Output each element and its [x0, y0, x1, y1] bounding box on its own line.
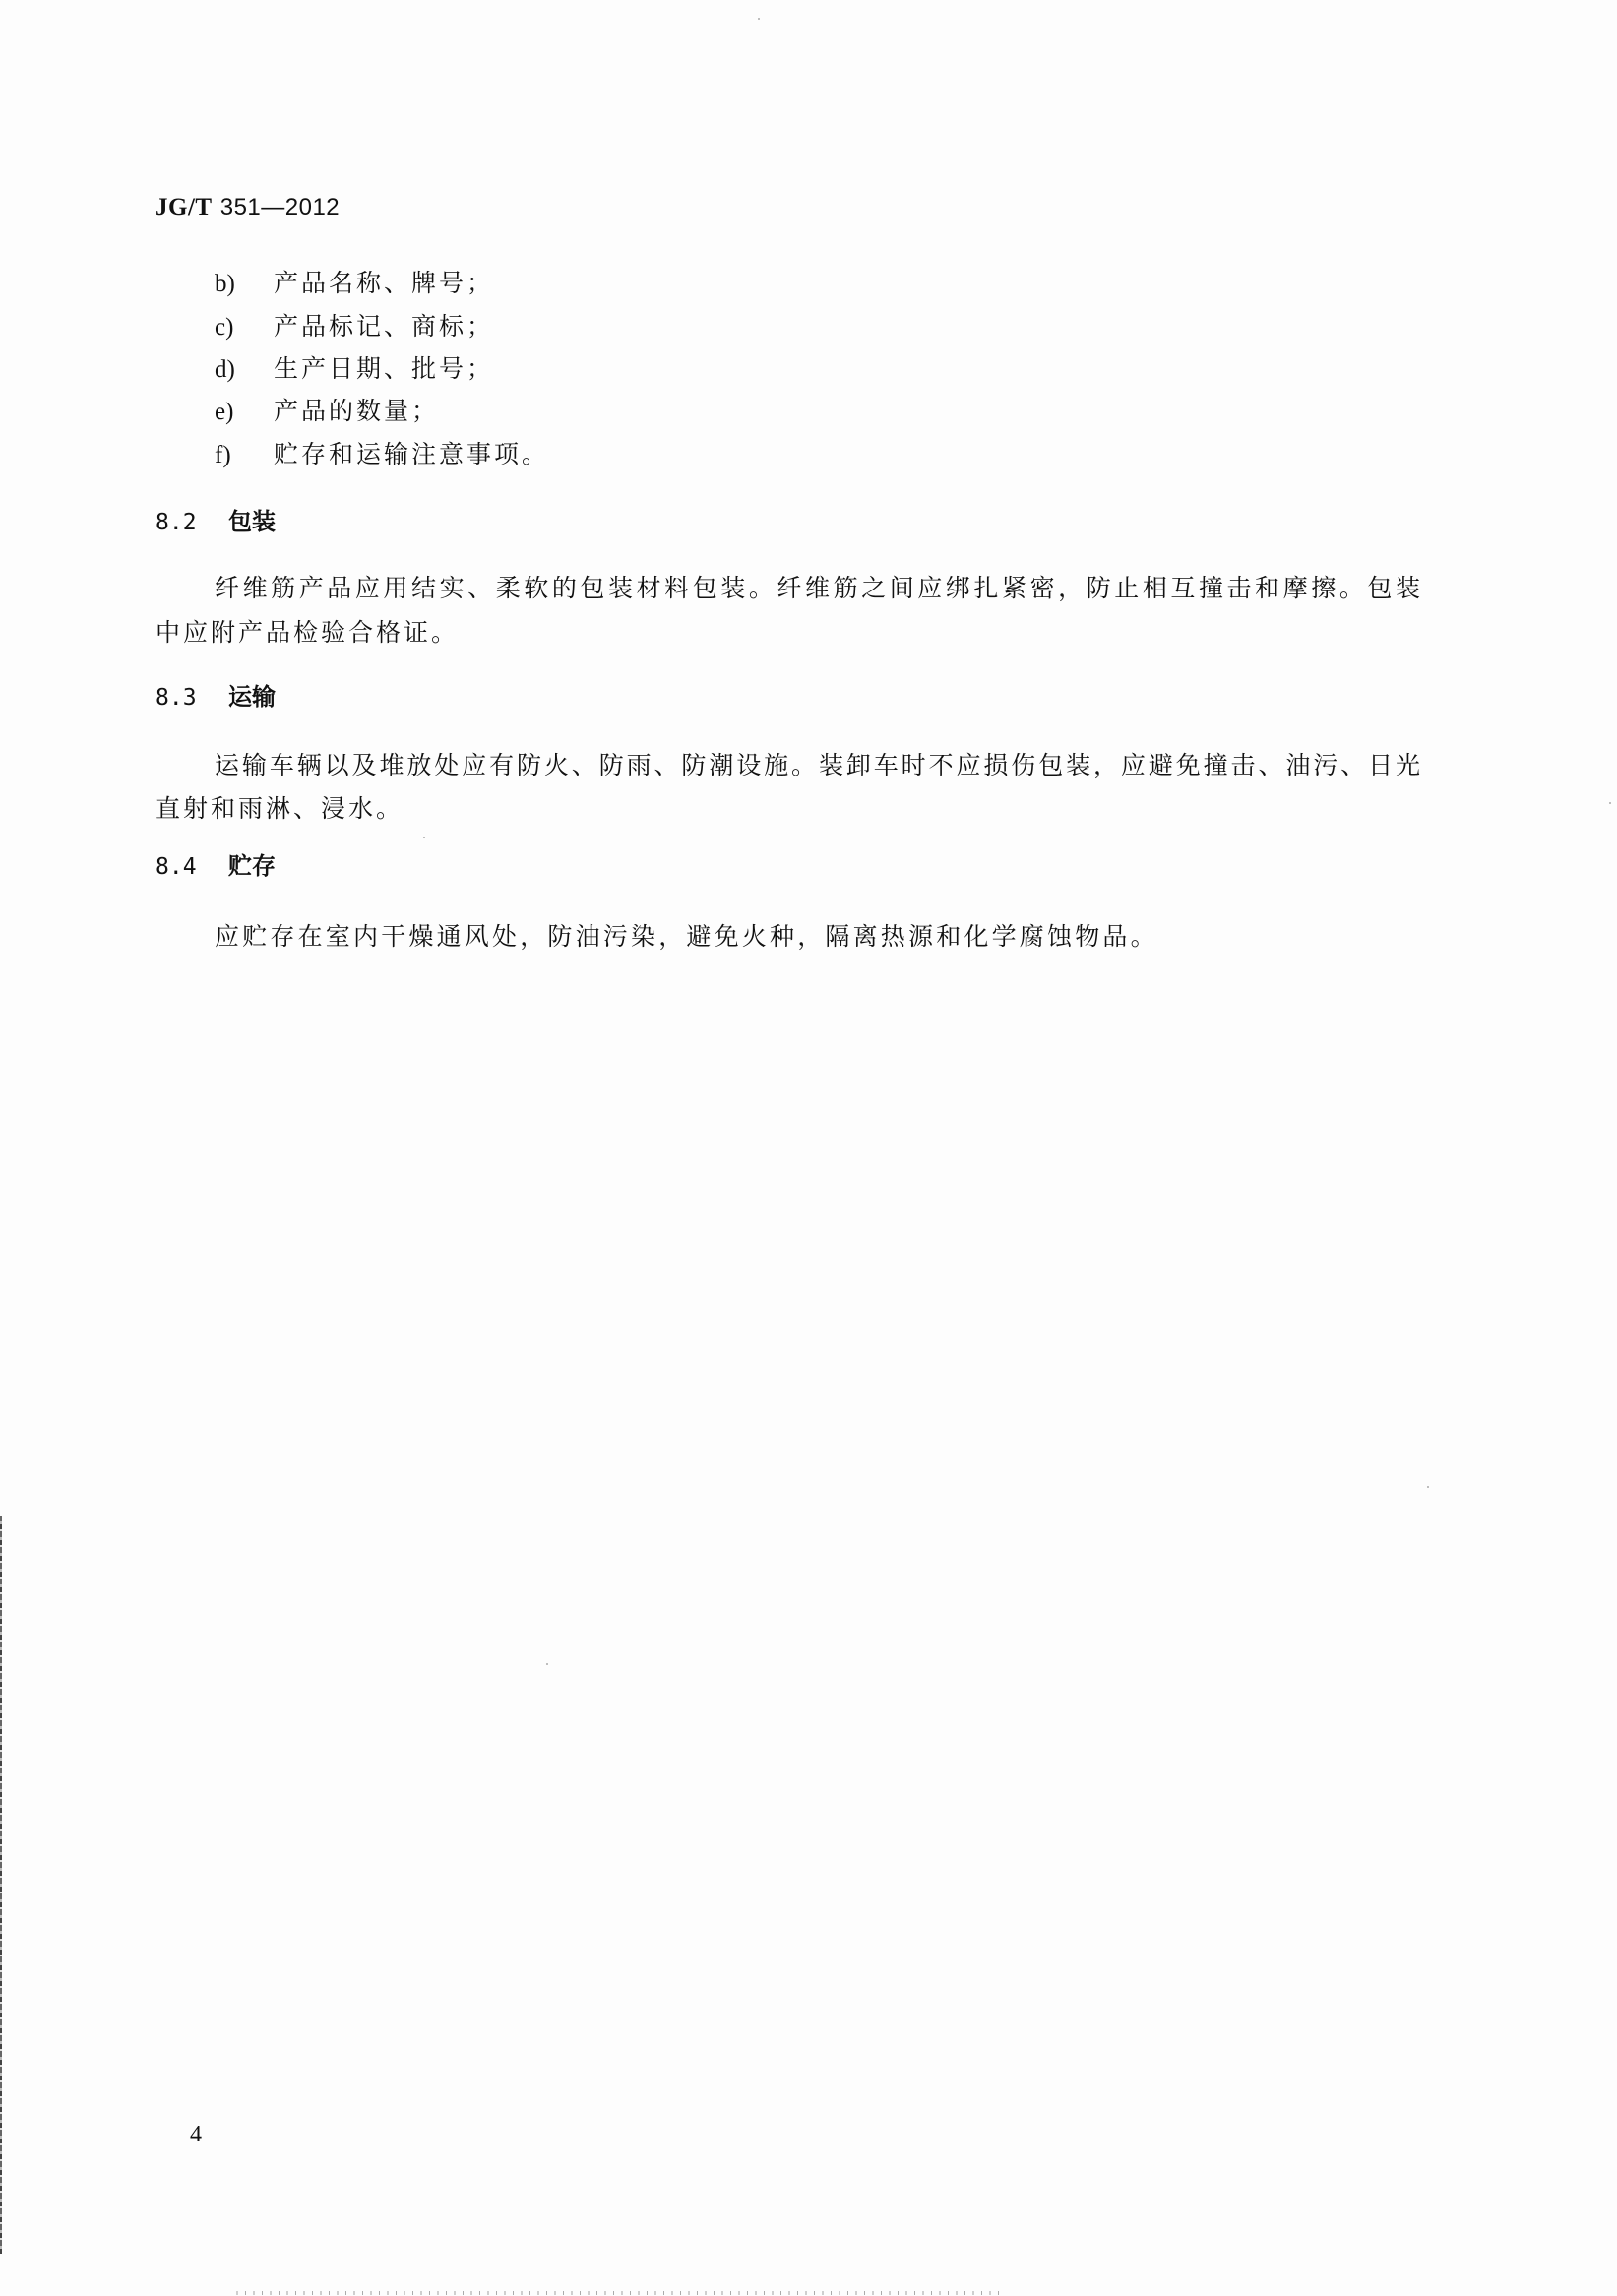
list-item: d)生产日期、批号； — [215, 354, 494, 385]
section-title: 包装 — [228, 507, 276, 535]
list-item-label: b) — [215, 270, 274, 299]
list-item: b)产品名称、牌号； — [215, 269, 494, 299]
list-item: c)产品标记、商标； — [215, 312, 494, 342]
list-item-label: d) — [215, 355, 274, 385]
list-item: f)贮存和运输注意事项。 — [215, 440, 549, 470]
section-title: 贮存 — [228, 851, 276, 880]
paragraph-line: 运输车辆以及堆放处应有防火、防雨、防潮设施。装卸车时不应损伤包装，应避免撞击、油… — [215, 751, 1420, 780]
standard-number: 351—2012 — [220, 194, 340, 220]
list-item-text: 产品名称、牌号； — [274, 269, 494, 297]
document-header: JG/T 351—2012 — [155, 193, 340, 221]
list-item: e)产品的数量； — [215, 397, 439, 427]
list-item-text: 贮存和运输注意事项。 — [274, 440, 549, 468]
scan-edge-artifact — [0, 1516, 2, 2254]
list-item-label: f) — [215, 441, 274, 470]
paragraph-line: 应贮存在室内干燥通风处，防油污染，避免火种，隔离热源和化学腐蚀物品。 — [215, 922, 1420, 952]
section-title: 运输 — [228, 682, 276, 711]
list-item-text: 产品标记、商标； — [274, 312, 494, 341]
paragraph-line: 纤维筋产品应用结实、柔软的包装材料包装。纤维筋之间应绑扎紧密，防止相互撞击和摩擦… — [215, 574, 1420, 603]
section-number: 8.4 — [155, 852, 228, 882]
section-heading-8-3: 8.3运输 — [155, 682, 276, 713]
scan-speck — [546, 1663, 548, 1665]
section-number: 8.3 — [155, 683, 228, 713]
scan-speck — [1609, 802, 1611, 804]
page-number: 4 — [190, 2122, 202, 2148]
section-number: 8.2 — [155, 508, 228, 537]
scan-speck — [758, 18, 760, 20]
scan-bottom-artifact — [236, 2291, 1004, 2295]
paragraph-line: 直射和雨淋、浸水。 — [155, 794, 1420, 824]
scan-speck — [1427, 1486, 1429, 1488]
list-item-label: e) — [215, 398, 274, 427]
standard-code: JG/T — [155, 194, 213, 220]
list-item-text: 生产日期、批号； — [274, 354, 494, 383]
section-heading-8-2: 8.2包装 — [155, 507, 276, 537]
section-heading-8-4: 8.4贮存 — [155, 851, 276, 882]
scan-speck — [423, 837, 425, 838]
paragraph-line: 中应附产品检验合格证。 — [155, 618, 1420, 648]
list-item-label: c) — [215, 313, 274, 342]
list-item-text: 产品的数量； — [274, 397, 439, 425]
